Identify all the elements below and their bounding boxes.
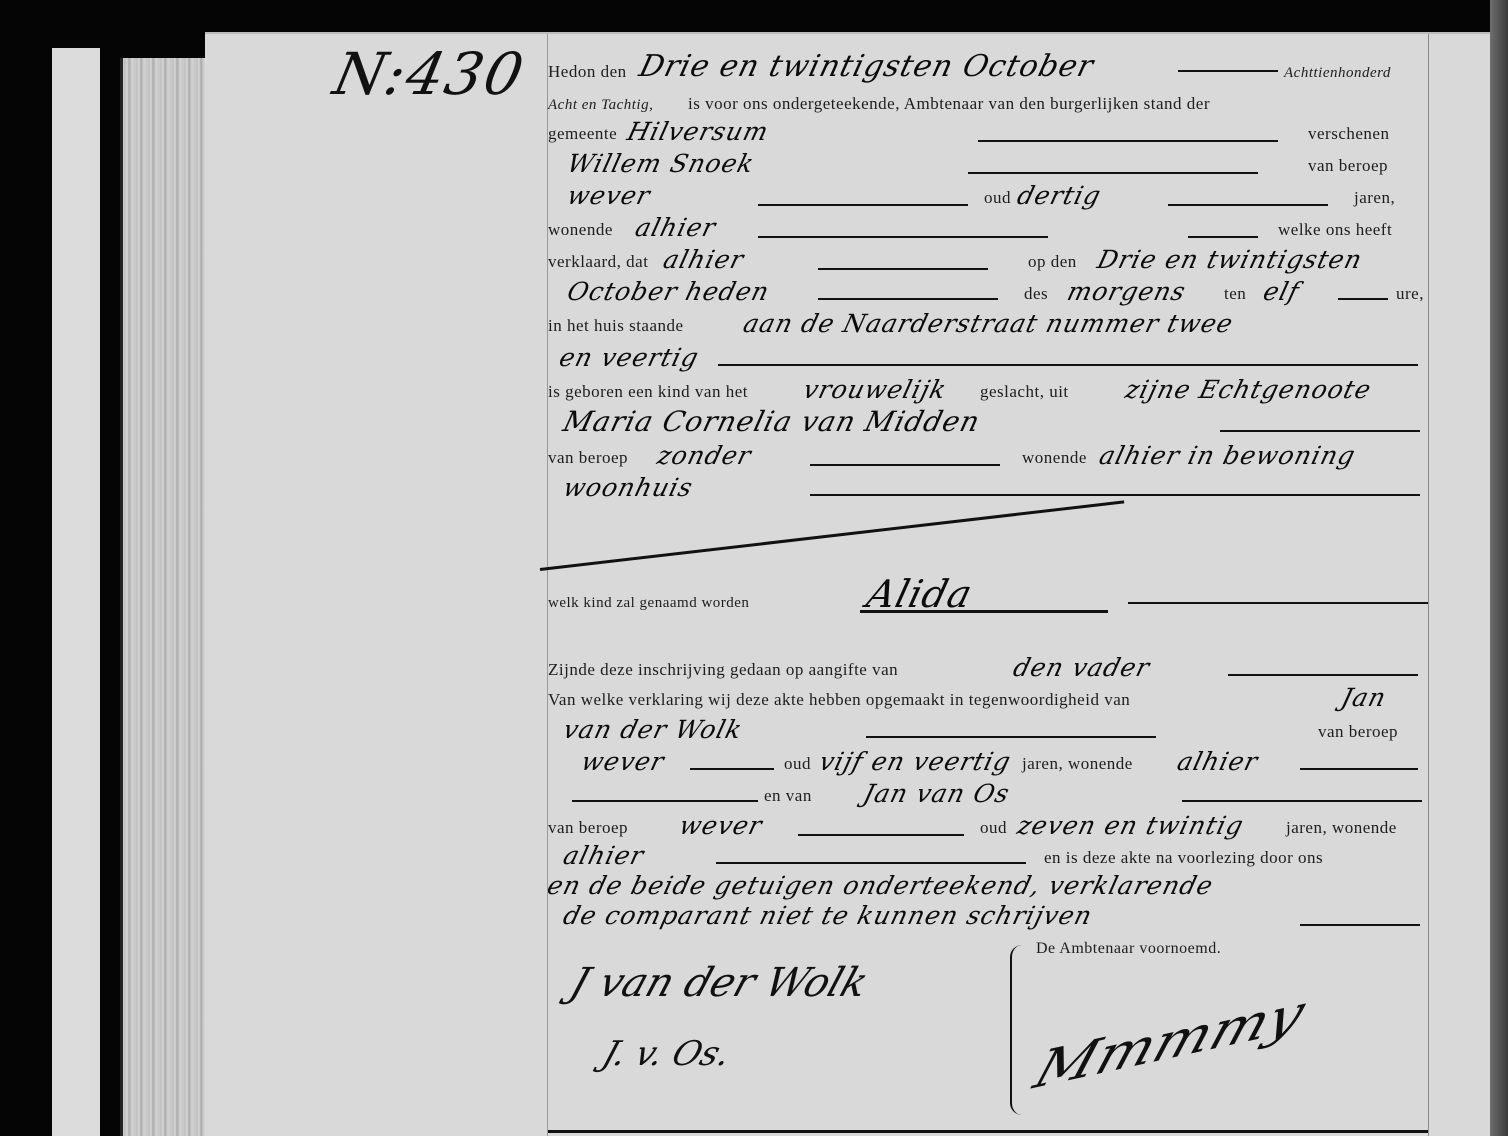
- print-jaren: jaren,: [1354, 188, 1395, 208]
- print-van-beroep: van beroep: [1318, 722, 1398, 742]
- signature-witness-1: J van der Wolk: [565, 960, 874, 1006]
- hand-closing-1: en de beide getuigen onderteekend, verkl…: [544, 871, 1216, 900]
- line-mother-occupation: van beroep zonder wonende alhier in bewo…: [548, 438, 1428, 472]
- print-welke-ons-heeft: welke ons heeft: [1278, 220, 1392, 240]
- hand-father-name: Willem Snoek: [564, 149, 757, 178]
- hand-witness1-age: vijf en veertig: [816, 747, 1014, 776]
- fill-line: [1220, 430, 1420, 432]
- line-declarant: Zijnde deze inschrijving gedaan op aangi…: [548, 650, 1428, 684]
- hand-address-1: aan de Naarderstraat nummer twee: [740, 309, 1236, 338]
- fill-line: [572, 800, 758, 802]
- hand-declarant: den vader: [1010, 653, 1153, 682]
- print-verklaring: Van welke verklaring wij deze akte hebbe…: [548, 690, 1130, 710]
- print-name-label: welk kind zal genaamd worden: [548, 595, 749, 612]
- print-van-beroep: van beroep: [548, 818, 628, 838]
- fill-line: [978, 140, 1278, 142]
- fill-line: [1228, 674, 1418, 676]
- page-stack-edges: [123, 58, 208, 1136]
- right-margin-rule: [1428, 34, 1429, 1136]
- child-name-underline: [860, 610, 1108, 613]
- hand-address-2: en veertig: [556, 343, 702, 372]
- fill-line: [758, 204, 968, 206]
- fill-line: [1178, 70, 1278, 72]
- hand-time-of-day: morgens: [1064, 277, 1189, 306]
- print-ure: ure,: [1396, 284, 1424, 304]
- line-verklaring: Van welke verklaring wij deze akte hebbe…: [548, 680, 1428, 714]
- line-official: Acht en Tachtig, is voor ons ondergeteek…: [548, 84, 1428, 118]
- fill-line: [758, 236, 1048, 238]
- line-gemeente: gemeente Hilversum verschenen: [548, 114, 1428, 148]
- hand-father-residence: alhier: [632, 213, 719, 242]
- hand-witness1-first: Jan: [1338, 683, 1389, 712]
- line-time: October heden des morgens ten elf ure,: [548, 274, 1428, 308]
- hand-witness1-last: van der Wolk: [560, 715, 745, 744]
- line-witness2: en van Jan van Os: [548, 776, 1428, 810]
- line-house-2: en veertig: [548, 340, 1428, 374]
- print-year-2: Acht en Tachtig,: [548, 97, 653, 114]
- signature-witness-2: J. v. Os.: [598, 1034, 737, 1074]
- print-op-den: op den: [1028, 252, 1077, 272]
- fill-line: [1338, 298, 1388, 300]
- hand-gemeente: Hilversum: [624, 117, 772, 146]
- fill-line: [818, 298, 998, 300]
- print-ten: ten: [1224, 284, 1246, 304]
- print-wonende: wonende: [548, 220, 613, 240]
- line-witness2-occupation: van beroep wever oud zeven en twintig ja…: [548, 808, 1428, 842]
- fill-line: [1128, 602, 1428, 604]
- hand-father-age: dertig: [1014, 181, 1104, 210]
- fill-line: [718, 364, 1418, 366]
- line-house: in het huis staande aan de Naarderstraat…: [548, 306, 1428, 340]
- print-verschenen: verschenen: [1308, 124, 1389, 144]
- fill-line: [810, 464, 1000, 466]
- hand-mother-residence-2: woonhuis: [560, 473, 696, 502]
- line-declared: verklaard, dat alhier op den Drie en twi…: [548, 242, 1428, 276]
- signature-bracket: [1010, 945, 1028, 1115]
- print-oud: oud: [984, 188, 1011, 208]
- print-van-beroep: van beroep: [1308, 156, 1388, 176]
- print-en-van: en van: [764, 786, 812, 806]
- line-father: Willem Snoek van beroep: [548, 146, 1428, 180]
- fill-line: [716, 862, 1026, 864]
- line-closing-1: en de beide getuigen onderteekend, verkl…: [548, 868, 1428, 902]
- fill-line: [968, 172, 1258, 174]
- fill-line: [818, 268, 988, 270]
- print-is-geboren: is geboren een kind van het: [548, 382, 748, 402]
- hand-sex: vrouwelijk: [800, 375, 950, 404]
- print-geslacht: geslacht, uit: [980, 382, 1069, 402]
- fill-line: [1168, 204, 1328, 206]
- hand-hour: elf: [1260, 277, 1302, 306]
- hand-witness2-occupation: wever: [676, 811, 765, 840]
- hand-witness2-residence: alhier: [560, 841, 647, 870]
- fill-line: [810, 494, 1420, 496]
- hand-witness1-residence: alhier: [1174, 747, 1261, 776]
- print-voorlezing: en is deze akte na voorlezing door ons: [1044, 848, 1323, 868]
- line-closing-2: de comparant niet te kunnen schrijven: [548, 898, 1428, 932]
- adjacent-page-strip: [52, 48, 100, 1136]
- record-number: N:430: [328, 40, 531, 108]
- print-year-1: Achttienhonderd: [1284, 65, 1391, 82]
- hand-spouse-intro: zijne Echtgenoote: [1122, 375, 1374, 404]
- hand-mother-occupation: zonder: [654, 441, 754, 470]
- print-verklaard: verklaard, dat: [548, 252, 648, 272]
- hand-witness1-occupation: wever: [578, 747, 667, 776]
- line-occupation: wever oud dertig jaren,: [548, 178, 1428, 212]
- fill-line: [1300, 768, 1418, 770]
- print-official: is voor ons ondergeteekende, Ambtenaar v…: [688, 94, 1210, 114]
- line-witness1: van der Wolk van beroep: [548, 712, 1428, 746]
- print-in-het-huis: in het huis staande: [548, 316, 684, 336]
- line-mother-residence: woonhuis: [548, 470, 1428, 504]
- hand-mother-residence-1: alhier in bewoning: [1096, 441, 1358, 470]
- fill-line: [1188, 236, 1258, 238]
- line-mother: Maria Cornelia van Midden: [548, 406, 1428, 440]
- hand-birth-place: alhier: [660, 245, 747, 274]
- fill-line: [1300, 924, 1420, 926]
- print-oud: oud: [980, 818, 1007, 838]
- print-oud: oud: [784, 754, 811, 774]
- hand-birth-month: October heden: [564, 277, 772, 306]
- hand-father-occupation: wever: [564, 181, 653, 210]
- hand-closing-2: de comparant niet te kunnen schrijven: [560, 901, 1095, 930]
- print-inschrijving: Zijnde deze inschrijving gedaan op aangi…: [548, 660, 898, 680]
- print-van-beroep: van beroep: [548, 448, 628, 468]
- print-des: des: [1024, 284, 1048, 304]
- line-date: Hedon den Drie en twintigsten October Ac…: [548, 52, 1428, 86]
- hand-date: Drie en twintigsten October: [636, 49, 1098, 84]
- print-gemeente: gemeente: [548, 124, 617, 144]
- right-page-edge: [1490, 0, 1508, 1136]
- fill-line: [798, 834, 964, 836]
- line-residence: wonende alhier welke ons heeft: [548, 210, 1428, 244]
- print-hedon: Hedon den: [548, 62, 627, 82]
- hand-witness2-age: zeven en twintig: [1014, 811, 1247, 840]
- line-witness2-residence: alhier en is deze akte na voorlezing doo…: [548, 838, 1428, 872]
- hand-witness2-name: Jan van Os: [860, 779, 1013, 808]
- print-jaren-wonende: jaren, wonende: [1286, 818, 1397, 838]
- print-wonende: wonende: [1022, 448, 1087, 468]
- print-jaren-wonende: jaren, wonende: [1022, 754, 1133, 774]
- line-born: is geboren een kind van het vrouwelijk g…: [548, 372, 1428, 406]
- fill-line: [690, 768, 774, 770]
- fill-line: [866, 736, 1156, 738]
- fill-line: [1182, 800, 1422, 802]
- record-end-rule: [548, 1130, 1428, 1133]
- line-witness1-occupation: wever oud vijf en veertig jaren, wonende…: [548, 744, 1428, 778]
- hand-birth-date: Drie en twintigsten: [1094, 245, 1365, 274]
- hand-mother-name: Maria Cornelia van Midden: [560, 405, 984, 438]
